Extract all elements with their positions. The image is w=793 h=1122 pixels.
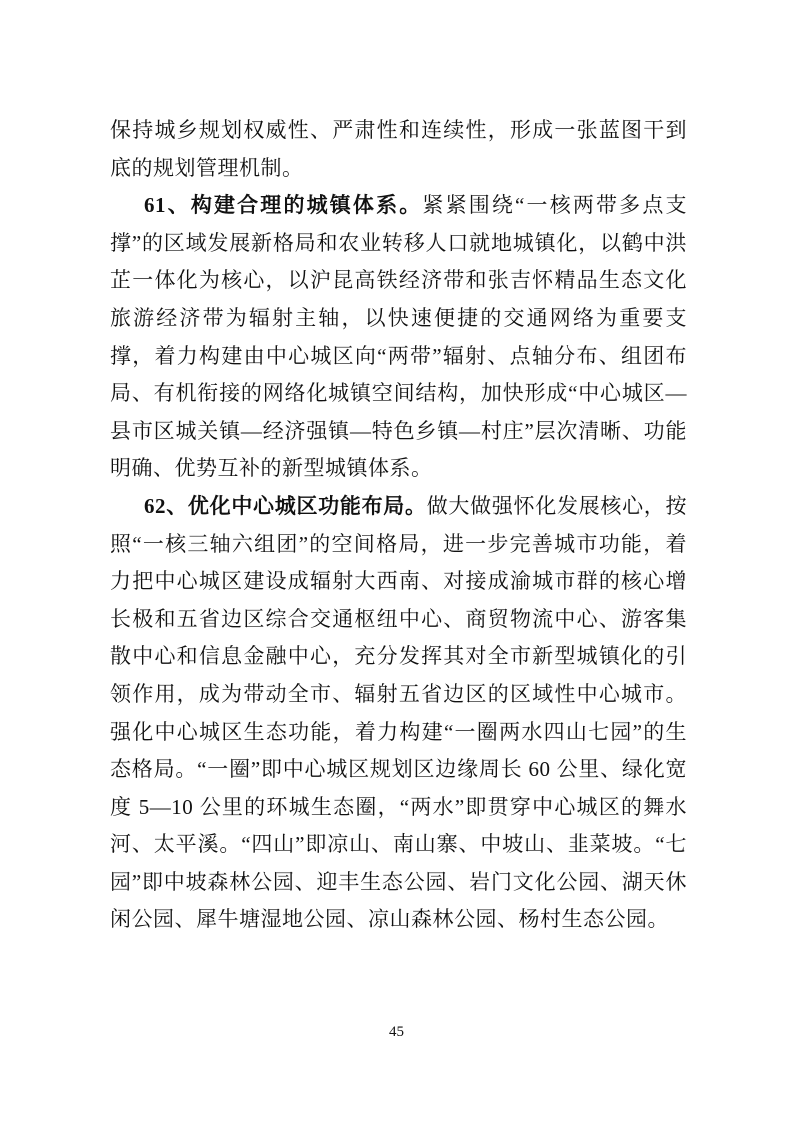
- paragraph-61-body: 紧紧围绕“一核两带多点支撑”的区域发展新格局和农业转移人口就地城镇化，以鹤中洪芷…: [110, 193, 687, 480]
- paragraph-61: 61、构建合理的城镇体系。紧紧围绕“一核两带多点支撑”的区域发展新格局和农业转移…: [110, 187, 687, 488]
- document-page: 保持城乡规划权威性、严肃性和连续性，形成一张蓝图干到底的规划管理机制。 61、构…: [0, 0, 793, 1122]
- paragraph-62-heading: 62、优化中心城区功能布局。: [144, 494, 427, 518]
- paragraph-continuation: 保持城乡规划权威性、严肃性和连续性，形成一张蓝图干到底的规划管理机制。: [110, 112, 687, 187]
- paragraph-61-heading: 61、构建合理的城镇体系。: [144, 193, 422, 217]
- document-body-text: 保持城乡规划权威性、严肃性和连续性，形成一张蓝图干到底的规划管理机制。 61、构…: [110, 112, 687, 939]
- paragraph-62-body: 做大做强怀化发展核心，按照“一核三轴六组团”的空间格局，进一步完善城市功能，着力…: [110, 494, 687, 932]
- paragraph-62: 62、优化中心城区功能布局。做大做强怀化发展核心，按照“一核三轴六组团”的空间格…: [110, 488, 687, 939]
- page-number: 45: [0, 1024, 793, 1041]
- paragraph-continuation-text: 保持城乡规划权威性、严肃性和连续性，形成一张蓝图干到底的规划管理机制。: [110, 118, 687, 180]
